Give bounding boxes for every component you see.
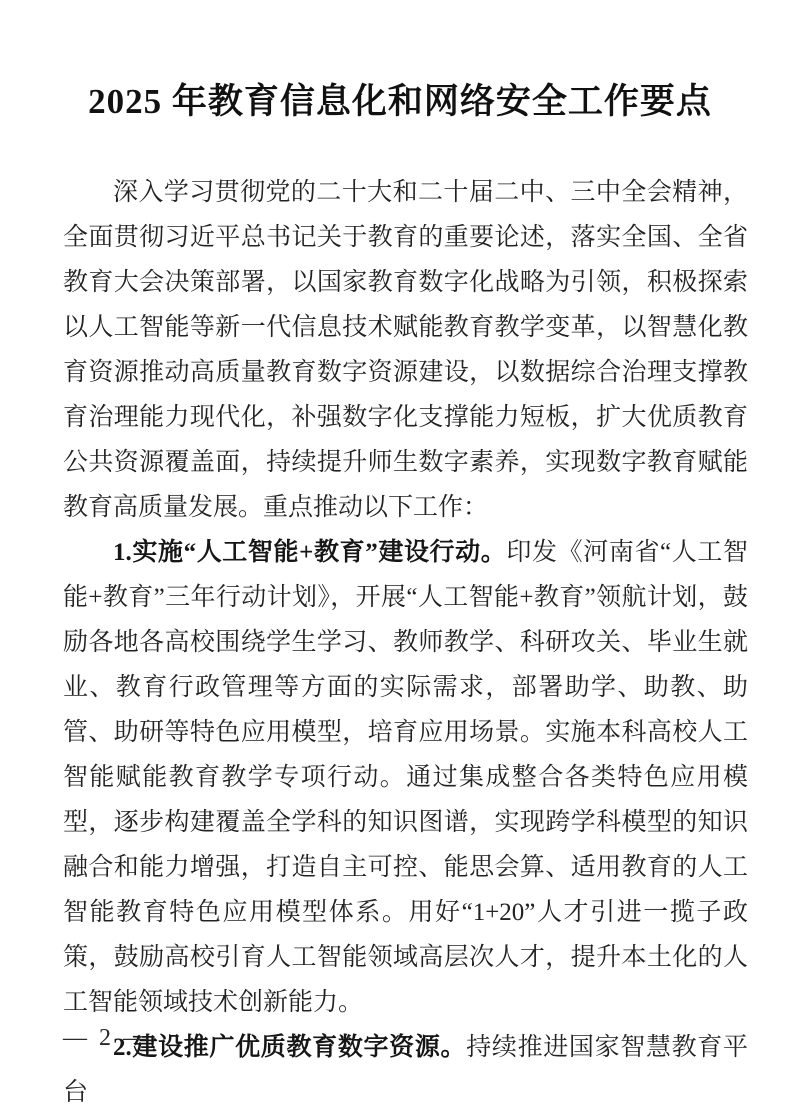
paragraph-lead-bold: 1.实施“人工智能+教育”建设行动。 [113,539,506,566]
paragraph: 2.建设推广优质教育数字资源。持续推进国家智慧教育平台 [63,1025,748,1109]
document-title: 2025 年教育信息化和网络安全工作要点 [0,80,800,124]
paragraph-text: 深入学习贯彻党的二十大和二十届二中、三中全会精神，全面贯彻习近平总书记关于教育的… [63,179,748,521]
paragraph: 深入学习贯彻党的二十大和二十届二中、三中全会精神，全面贯彻习近平总书记关于教育的… [63,170,748,530]
paragraph-lead-bold: 2.建设推广优质教育数字资源。 [113,1034,466,1061]
document-page: 2025 年教育信息化和网络安全工作要点 深入学习贯彻党的二十大和二十届二中、三… [0,0,800,1109]
document-body: 深入学习贯彻党的二十大和二十届二中、三中全会精神，全面贯彻习近平总书记关于教育的… [63,170,748,1109]
page-number: — 2 — [63,1022,150,1054]
paragraph: 1.实施“人工智能+教育”建设行动。印发《河南省“人工智能+教育”三年行动计划》… [63,530,748,1025]
paragraph-text: 印发《河南省“人工智能+教育”三年行动计划》，开展“人工智能+教育”领航计划，鼓… [63,539,748,1016]
